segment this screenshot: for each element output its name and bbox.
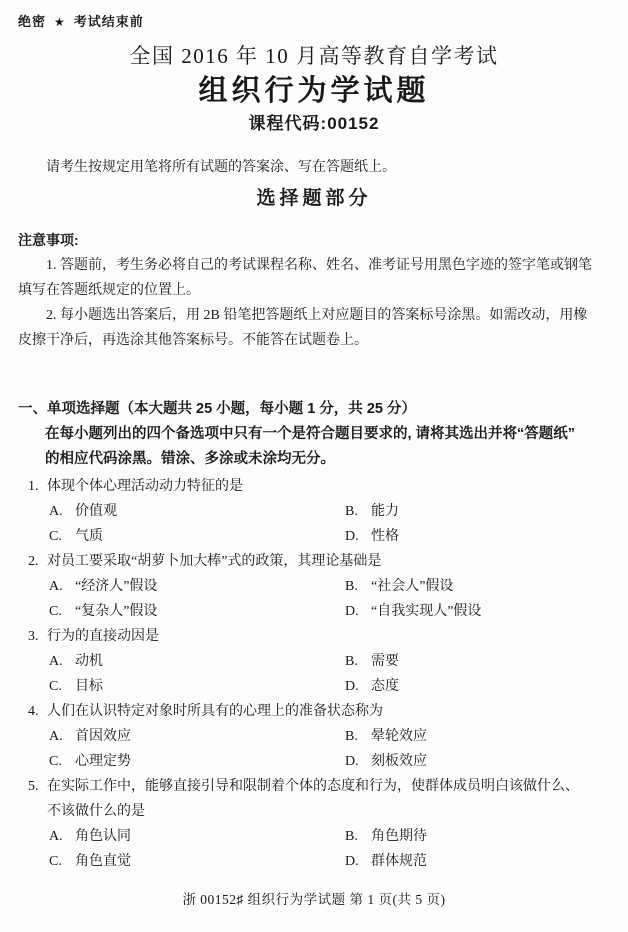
option-text: 晕轮效应 bbox=[371, 724, 427, 749]
question-stem: 对员工要采取“胡萝卜加大棒”式的政策，其理论基础是 bbox=[47, 549, 608, 574]
question-number: 5. bbox=[28, 774, 47, 824]
options-grid: A.角色认同B.角色期待C.角色直觉D.群体规范 bbox=[49, 824, 608, 874]
option-a: A.价值观 bbox=[49, 499, 345, 524]
option-d: D.刻板效应 bbox=[345, 749, 608, 774]
option-text: 动机 bbox=[75, 649, 103, 674]
answer-sheet-notice: 请考生按规定用笔将所有试题的答案涂、写在答题纸上。 bbox=[18, 155, 606, 180]
option-label: A. bbox=[49, 649, 75, 674]
part-one-instruction-line-2: 的相应代码涂黑。错涂、多涂或未涂均无分。 bbox=[45, 447, 606, 472]
question-number: 2. bbox=[28, 549, 47, 574]
question-stem-line: 不该做什么的是 bbox=[47, 799, 608, 824]
option-label: C. bbox=[49, 674, 75, 699]
option-c: C.心理定势 bbox=[49, 749, 345, 774]
exam-page: 绝密★考试结束前 全国 2016 年 10 月高等教育自学考试 组织行为学试题 … bbox=[0, 0, 628, 932]
options-grid: A.动机B.需要C.目标D.态度 bbox=[49, 649, 608, 699]
question: 4. 人们在认识特定对象时所具有的心理上的准备状态称为 A.首因效应B.晕轮效应… bbox=[0, 699, 628, 774]
option-text: “复杂人”假设 bbox=[75, 599, 157, 624]
section-header: 选择题部分 bbox=[0, 186, 628, 212]
option-text: 首因效应 bbox=[75, 724, 131, 749]
option-text: “经济人”假设 bbox=[75, 574, 157, 599]
option-text: 目标 bbox=[75, 674, 103, 699]
option-b: B.能力 bbox=[345, 499, 608, 524]
option-c: C.目标 bbox=[49, 674, 345, 699]
option-label: C. bbox=[49, 524, 75, 549]
question-stem-line: 对员工要采取“胡萝卜加大棒”式的政策，其理论基础是 bbox=[47, 549, 608, 574]
option-label: A. bbox=[49, 574, 75, 599]
option-a: A.动机 bbox=[49, 649, 345, 674]
secrecy-banner: 绝密★考试结束前 bbox=[18, 0, 628, 30]
option-label: B. bbox=[345, 649, 371, 674]
option-label: B. bbox=[345, 724, 371, 749]
notes-block: 注意事项: 1. 答题前，考生务必将自己的考试课程名称、姓名、准考证号用黑色字迹… bbox=[0, 228, 628, 353]
question-stem-line: 人们在认识特定对象时所具有的心理上的准备状态称为 bbox=[47, 699, 608, 724]
option-text: 角色直觉 bbox=[75, 849, 131, 874]
timing-note: 考试结束前 bbox=[74, 14, 144, 29]
note-2-line-1: 2. 每小题选出答案后，用 2B 铅笔把答题纸上对应题目的答案标号涂黑。如需改动… bbox=[18, 303, 608, 328]
paper-title: 组织行为学试题 bbox=[0, 73, 628, 109]
part-one-instruction: 在每小题列出的四个备选项中只有一个是符合题目要求的, 请将其选出并将“答题纸” … bbox=[45, 422, 606, 472]
question-stem: 在实际工作中，能够直接引导和限制着个体的态度和行为，使群体成员明白该做什么、不该… bbox=[47, 774, 608, 824]
option-label: D. bbox=[345, 524, 371, 549]
option-c: C.“复杂人”假设 bbox=[49, 599, 345, 624]
option-label: B. bbox=[345, 574, 371, 599]
options-grid: A.价值观B.能力C.气质D.性格 bbox=[49, 499, 608, 549]
option-b: B.需要 bbox=[345, 649, 608, 674]
question-stem-line: 体现个体心理活动动力特征的是 bbox=[47, 474, 608, 499]
secrecy-label: 绝密 bbox=[18, 14, 46, 29]
question-stem: 体现个体心理活动动力特征的是 bbox=[47, 474, 608, 499]
option-d: D.群体规范 bbox=[345, 849, 608, 874]
option-label: C. bbox=[49, 849, 75, 874]
question-list: 1. 体现个体心理活动动力特征的是 A.价值观B.能力C.气质D.性格 2. 对… bbox=[0, 474, 628, 874]
page-footer: 浙 00152♯ 组织行为学试题 第 1 页(共 5 页) bbox=[0, 892, 628, 908]
option-text: 角色认同 bbox=[75, 824, 131, 849]
option-b: B.角色期待 bbox=[345, 824, 608, 849]
option-text: 群体规范 bbox=[371, 849, 427, 874]
option-d: D.“自我实现人”假设 bbox=[345, 599, 608, 624]
option-label: B. bbox=[345, 824, 371, 849]
option-label: B. bbox=[345, 499, 371, 524]
part-one-section: 一、单项选择题（本大题共 25 小题，每小题 1 分，共 25 分） 在每小题列… bbox=[0, 397, 628, 874]
course-code: 课程代码:00152 bbox=[0, 113, 628, 135]
question-number: 4. bbox=[28, 699, 47, 724]
question-number: 1. bbox=[28, 474, 47, 499]
option-text: 态度 bbox=[371, 674, 399, 699]
option-label: A. bbox=[49, 824, 75, 849]
question-stem: 行为的直接动因是 bbox=[47, 624, 608, 649]
question-number: 3. bbox=[28, 624, 47, 649]
note-1-line-2: 填写在答题纸规定的位置上。 bbox=[18, 278, 608, 303]
part-one-instruction-line-1: 在每小题列出的四个备选项中只有一个是符合题目要求的, 请将其选出并将“答题纸” bbox=[45, 422, 606, 447]
option-d: D.性格 bbox=[345, 524, 608, 549]
options-grid: A.首因效应B.晕轮效应C.心理定势D.刻板效应 bbox=[49, 724, 608, 774]
option-label: C. bbox=[49, 749, 75, 774]
note-2-line-2: 皮擦干净后，再选涂其他答案标号。不能答在试题卷上。 bbox=[18, 328, 608, 353]
option-b: B.晕轮效应 bbox=[345, 724, 608, 749]
option-label: D. bbox=[345, 749, 371, 774]
option-text: 能力 bbox=[371, 499, 399, 524]
options-grid: A.“经济人”假设B.“社会人”假设C.“复杂人”假设D.“自我实现人”假设 bbox=[49, 574, 608, 624]
option-b: B.“社会人”假设 bbox=[345, 574, 608, 599]
option-label: A. bbox=[49, 499, 75, 524]
question: 2. 对员工要采取“胡萝卜加大棒”式的政策，其理论基础是 A.“经济人”假设B.… bbox=[0, 549, 628, 624]
option-a: A.角色认同 bbox=[49, 824, 345, 849]
option-label: C. bbox=[49, 599, 75, 624]
option-text: 气质 bbox=[75, 524, 103, 549]
option-text: 角色期待 bbox=[371, 824, 427, 849]
option-d: D.态度 bbox=[345, 674, 608, 699]
option-label: D. bbox=[345, 674, 371, 699]
exam-session-title: 全国 2016 年 10 月高等教育自学考试 bbox=[0, 43, 628, 69]
question-stem-line: 在实际工作中，能够直接引导和限制着个体的态度和行为，使群体成员明白该做什么、 bbox=[47, 774, 608, 799]
part-one-heading: 一、单项选择题（本大题共 25 小题，每小题 1 分，共 25 分） bbox=[18, 397, 610, 422]
option-label: A. bbox=[49, 724, 75, 749]
option-text: 心理定势 bbox=[75, 749, 131, 774]
option-label: D. bbox=[345, 599, 371, 624]
question: 5. 在实际工作中，能够直接引导和限制着个体的态度和行为，使群体成员明白该做什么… bbox=[0, 774, 628, 874]
note-1-line-1: 1. 答题前，考生务必将自己的考试课程名称、姓名、准考证号用黑色字迹的签字笔或钢… bbox=[18, 253, 608, 278]
question-stem: 人们在认识特定对象时所具有的心理上的准备状态称为 bbox=[47, 699, 608, 724]
star-icon: ★ bbox=[54, 15, 66, 29]
option-text: 刻板效应 bbox=[371, 749, 427, 774]
option-text: “自我实现人”假设 bbox=[371, 599, 481, 624]
option-text: 性格 bbox=[371, 524, 399, 549]
option-a: A.首因效应 bbox=[49, 724, 345, 749]
option-c: C.气质 bbox=[49, 524, 345, 549]
option-text: 需要 bbox=[371, 649, 399, 674]
option-c: C.角色直觉 bbox=[49, 849, 345, 874]
option-label: D. bbox=[345, 849, 371, 874]
option-a: A.“经济人”假设 bbox=[49, 574, 345, 599]
question: 1. 体现个体心理活动动力特征的是 A.价值观B.能力C.气质D.性格 bbox=[0, 474, 628, 549]
notes-title: 注意事项: bbox=[18, 228, 628, 253]
question-stem-line: 行为的直接动因是 bbox=[47, 624, 608, 649]
option-text: 价值观 bbox=[75, 499, 117, 524]
option-text: “社会人”假设 bbox=[371, 574, 453, 599]
question: 3. 行为的直接动因是 A.动机B.需要C.目标D.态度 bbox=[0, 624, 628, 699]
